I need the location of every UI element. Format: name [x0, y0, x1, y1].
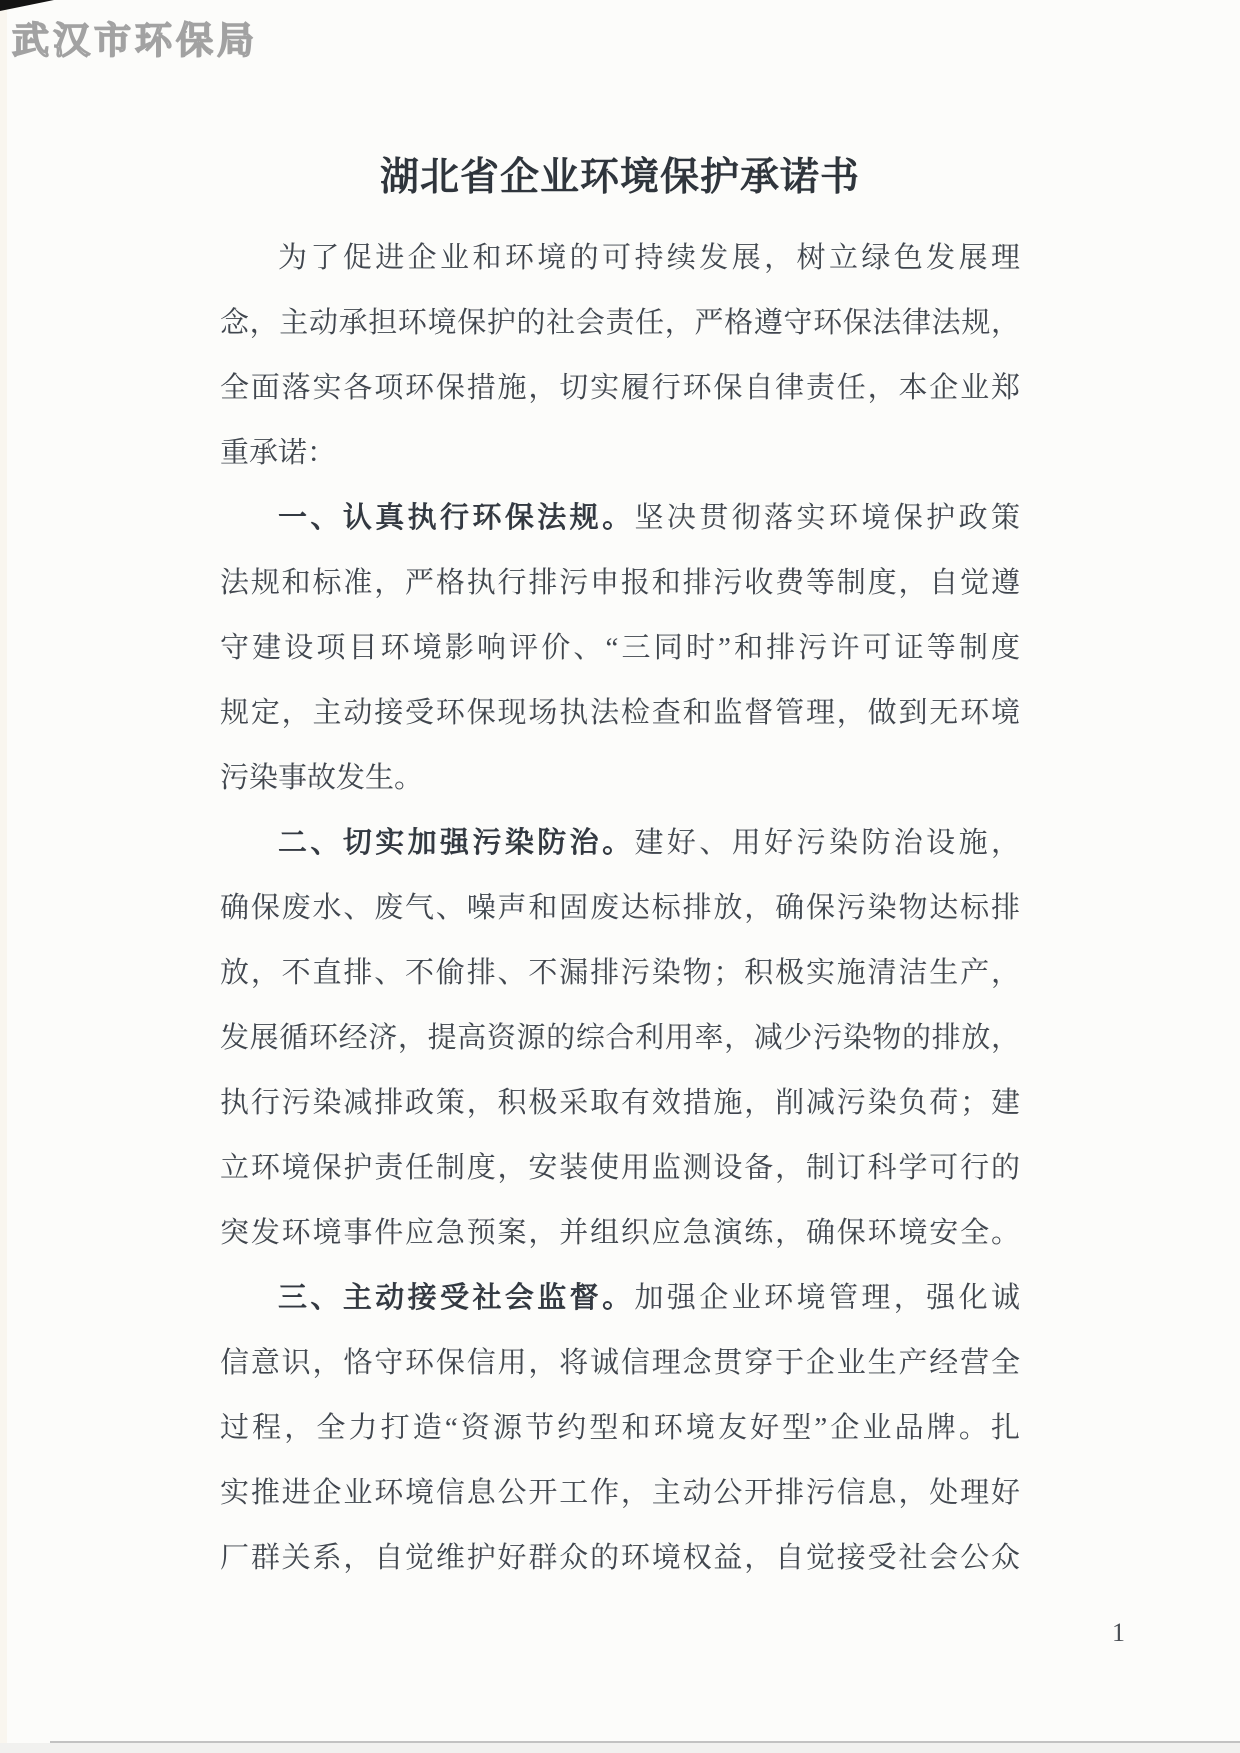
body-line: 重承诺： [220, 421, 1020, 486]
body-line: 发展循环经济，提高资源的综合利用率，减少污染物的排放， [220, 1006, 1020, 1071]
body-line: 三、主动接受社会监督。加强企业环境管理，强化诚 [220, 1266, 1020, 1331]
body-line: 规定，主动接受环保现场执法检查和监督管理，做到无环境 [220, 681, 1020, 746]
body-line-text: 坚决贯彻落实环境保护政策 [635, 502, 1021, 534]
scanned-document-page: 武汉市环保局 湖北省企业环境保护承诺书 为了促进企业和环境的可持续发展，树立绿色… [0, 0, 1240, 1753]
scan-edge-tint [0, 0, 7, 1753]
body-line: 突发环境事件应急预案，并组织应急演练，确保环境安全。 [220, 1201, 1020, 1266]
clause-2-heading: 二、切实加强污染防治。 [278, 827, 635, 859]
clause-1-heading: 一、认真执行环保法规。 [278, 502, 635, 534]
document-body: 为了促进企业和环境的可持续发展，树立绿色发展理 念，主动承担环境保护的社会责任，… [220, 226, 1020, 1591]
body-line: 实推进企业环境信息公开工作，主动公开排污信息，处理好 [220, 1461, 1020, 1526]
body-line: 念，主动承担环境保护的社会责任，严格遵守环保法律法规， [220, 291, 1020, 356]
body-line: 守建设项目环境影响评价、“三同时”和排污许可证等制度 [220, 616, 1020, 681]
body-line: 厂群关系，自觉维护好群众的环境权益，自觉接受社会公众 [220, 1526, 1020, 1591]
body-line-text: 加强企业环境管理，强化诚 [635, 1282, 1021, 1314]
body-line: 二、切实加强污染防治。建好、用好污染防治设施， [220, 811, 1020, 876]
page-number: 1 [1112, 1618, 1125, 1648]
body-line: 法规和标准，严格执行排污申报和排污收费等制度，自觉遵 [220, 551, 1020, 616]
body-line: 放，不直排、不偷排、不漏排污染物；积极实施清洁生产， [220, 941, 1020, 1006]
bureau-watermark-stamp: 武汉市环保局 [12, 10, 258, 64]
body-line: 信意识，恪守环保信用，将诚信理念贯穿于企业生产经营全 [220, 1331, 1020, 1396]
body-line: 为了促进企业和环境的可持续发展，树立绿色发展理 [220, 226, 1020, 291]
body-line: 确保废水、废气、噪声和固废达标排放，确保污染物达标排 [220, 876, 1020, 941]
document-title: 湖北省企业环境保护承诺书 [0, 146, 1240, 202]
body-line: 立环境保护责任制度，安装使用监测设备，制订科学可行的 [220, 1136, 1020, 1201]
body-line: 一、认真执行环保法规。坚决贯彻落实环境保护政策 [220, 486, 1020, 551]
body-line: 全面落实各项环保措施，切实履行环保自律责任，本企业郑 [220, 356, 1020, 421]
body-line: 执行污染减排政策，积极采取有效措施，削减污染负荷；建 [220, 1071, 1020, 1136]
body-line: 污染事故发生。 [220, 746, 1020, 811]
body-line: 过程，全力打造“资源节约型和环境友好型”企业品牌。扎 [220, 1396, 1020, 1461]
body-line-text: 建好、用好污染防治设施， [635, 827, 1021, 859]
scan-bottom-strip [0, 1743, 1240, 1753]
clause-3-heading: 三、主动接受社会监督。 [278, 1282, 635, 1314]
